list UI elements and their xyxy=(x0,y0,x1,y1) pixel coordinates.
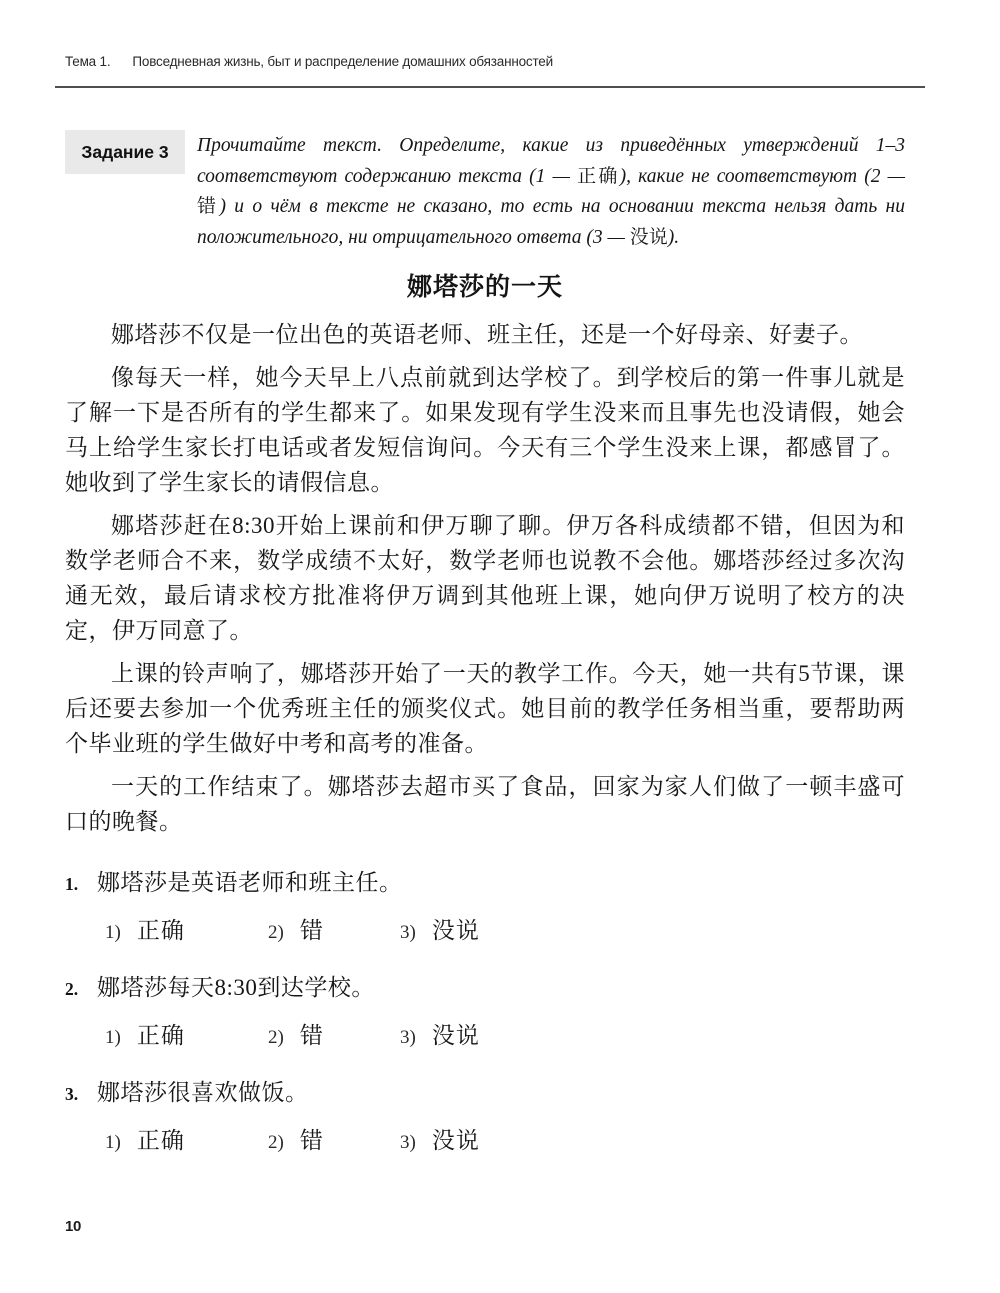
question-2: 2. 娜塔莎每天8:30到达学校。 1) 正确 2) 错 3) 没说 xyxy=(65,972,905,1050)
question-number: 1. xyxy=(65,870,97,895)
instruction-term-wrong: 错 xyxy=(197,196,219,217)
option-wrong: 2) 错 xyxy=(268,1122,400,1155)
question-1: 1. 娜塔莎是英语老师和班主任。 1) 正确 2) 错 3) 没说 xyxy=(65,867,905,945)
reading-paragraph-3: 娜塔莎赶在8:30开始上课前和伊万聊了聊。伊万各科成绩都不错，但因为和数学老师合… xyxy=(65,508,905,648)
option-correct: 1) 正确 xyxy=(105,912,268,945)
instruction-term-correct: 正确 xyxy=(577,166,620,187)
instruction-term-notsaid: 没说 xyxy=(630,227,668,248)
textbook-page: Тема 1.Повседневная жизнь, быт и распред… xyxy=(0,0,1000,1293)
question-statement: 娜塔莎很喜欢做饭。 xyxy=(97,1077,309,1109)
task-badge: Задание 3 xyxy=(65,130,185,174)
option-number: 3) xyxy=(400,1132,416,1154)
option-wrong: 2) 错 xyxy=(268,912,400,945)
option-notsaid: 3) 没说 xyxy=(400,1017,480,1050)
option-label: 没说 xyxy=(432,912,480,945)
option-label: 没说 xyxy=(432,1122,480,1155)
options-row: 1) 正确 2) 错 3) 没说 xyxy=(65,1122,905,1155)
page-number: 10 xyxy=(65,1218,81,1235)
question-3: 3. 娜塔莎很喜欢做饭。 1) 正确 2) 错 3) 没说 xyxy=(65,1077,905,1155)
option-label: 正确 xyxy=(137,912,185,945)
option-wrong: 2) 错 xyxy=(268,1017,400,1050)
reading-paragraph-1: 娜塔莎不仅是一位出色的英语老师、班主任，还是一个好母亲、好妻子。 xyxy=(65,317,905,352)
question-statement-row: 1. 娜塔莎是英语老师和班主任。 xyxy=(65,867,905,899)
question-statement-row: 2. 娜塔莎每天8:30到达学校。 xyxy=(65,972,905,1004)
options-row: 1) 正确 2) 错 3) 没说 xyxy=(65,912,905,945)
reading-paragraph-2: 像每天一样，她今天早上八点前就到达学校了。到学校后的第一件事儿就是了解一下是否所… xyxy=(65,360,905,500)
reading-title: 娜塔莎的一天 xyxy=(65,267,905,303)
option-number: 1) xyxy=(105,1132,121,1154)
option-label: 没说 xyxy=(432,1017,480,1050)
option-number: 3) xyxy=(400,922,416,944)
option-label: 正确 xyxy=(137,1122,185,1155)
option-label: 错 xyxy=(300,912,324,945)
option-label: 正确 xyxy=(137,1017,185,1050)
option-number: 3) xyxy=(400,1027,416,1049)
task-row: Задание 3 Прочитайте текст. Определите, … xyxy=(65,130,905,253)
option-number: 2) xyxy=(268,1027,284,1049)
question-number: 2. xyxy=(65,975,97,1000)
option-number: 2) xyxy=(268,1132,284,1154)
task-instructions: Прочитайте текст. Определите, какие из п… xyxy=(197,131,905,253)
question-number: 3. xyxy=(65,1080,97,1105)
option-label: 错 xyxy=(300,1017,324,1050)
question-statement: 娜塔莎是英语老师和班主任。 xyxy=(97,867,403,899)
theme-label: Тема 1. xyxy=(65,54,110,69)
reading-paragraph-4: 上课的铃声响了，娜塔莎开始了一天的教学工作。今天，她一共有5节课，课后还要去参加… xyxy=(65,656,905,761)
option-notsaid: 3) 没说 xyxy=(400,912,480,945)
theme-title: Повседневная жизнь, быт и распределение … xyxy=(132,54,553,69)
option-notsaid: 3) 没说 xyxy=(400,1122,480,1155)
option-number: 1) xyxy=(105,922,121,944)
option-number: 1) xyxy=(105,1027,121,1049)
reading-paragraph-5: 一天的工作结束了。娜塔莎去超市买了食品，回家为家人们做了一顿丰盛可口的晚餐。 xyxy=(65,769,905,839)
questions-section: 1. 娜塔莎是英语老师和班主任。 1) 正确 2) 错 3) 没说 xyxy=(65,867,905,1155)
option-label: 错 xyxy=(300,1122,324,1155)
option-number: 2) xyxy=(268,922,284,944)
instruction-segment: ) и о чём в тексте не сказано, то есть н… xyxy=(197,196,905,248)
instruction-segment: ), какие не соответствуют (2 — xyxy=(620,166,905,187)
option-correct: 1) 正确 xyxy=(105,1122,268,1155)
header-rule xyxy=(55,86,925,88)
options-row: 1) 正确 2) 错 3) 没说 xyxy=(65,1017,905,1050)
instruction-segment: ). xyxy=(668,227,679,248)
option-correct: 1) 正确 xyxy=(105,1017,268,1050)
question-statement: 娜塔莎每天8:30到达学校。 xyxy=(97,972,375,1004)
task-label: Задание 3 xyxy=(81,142,168,163)
question-statement-row: 3. 娜塔莎很喜欢做饭。 xyxy=(65,1077,905,1109)
running-head: Тема 1.Повседневная жизнь, быт и распред… xyxy=(65,54,905,69)
